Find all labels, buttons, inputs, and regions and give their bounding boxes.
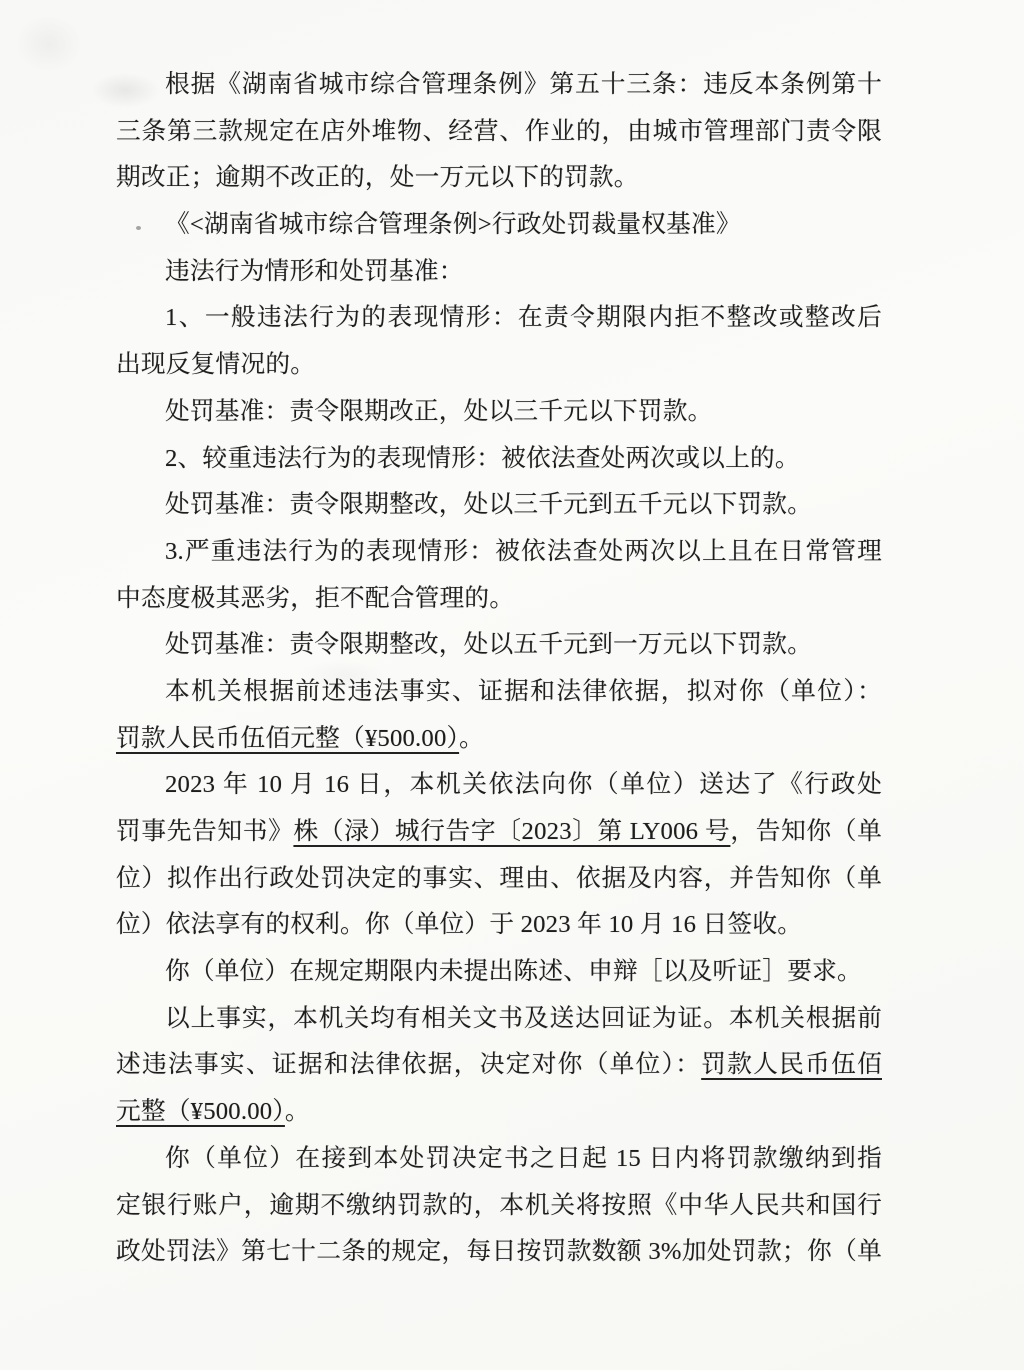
- text-line: 1、一般违法行为的表现情形：在责令期限内拒不整改或整改后: [116, 295, 882, 342]
- text-line: 罚款人民币伍佰元整（¥500.00）。: [116, 716, 882, 763]
- text-line: 期改正；逾期不改正的，处一万元以下的罚款。: [116, 155, 882, 202]
- text-run: 述违法事实、证据和法律依据，决定对你（单位）：: [116, 1051, 701, 1078]
- text-line: 你（单位）在接到本处罚决定书之日起 15 日内将罚款缴纳到指: [116, 1136, 882, 1183]
- text-line: 处罚基准：责令限期改正，处以三千元以下罚款。: [116, 389, 882, 436]
- text-line: 处罚基准：责令限期整改，处以三千元到五千元以下罚款。: [116, 482, 882, 529]
- scan-smudge: [14, 14, 84, 74]
- underlined-text: 罚款人民币伍佰元整（¥500.00）: [116, 725, 459, 752]
- text-line: 罚事先告知书》株（渌）城行告字〔2023〕第 LY006 号，告知你（单: [116, 809, 882, 856]
- text-run: 出现反复情况的。: [116, 351, 315, 378]
- text-run: 三条第三款规定在店外堆物、经营、作业的，由城市管理部门责令限: [116, 118, 882, 145]
- text-line: 位）依法享有的权利。你（单位）于 2023 年 10 月 16 日签收。: [116, 902, 882, 949]
- text-run: 处罚基准：责令限期整改，处以五千元到一万元以下罚款。: [165, 631, 812, 658]
- text-run: 政处罚法》第七十二条的规定，每日按罚款数额 3%加处罚款；你（单: [116, 1238, 882, 1265]
- text-run: 。: [459, 725, 484, 752]
- text-run: 罚事先告知书》: [116, 818, 293, 845]
- text-run: 2023 年 10 月 16 日，本机关依法向你（单位）送达了《行政处: [165, 771, 882, 798]
- text-run: 2、较重违法行为的表现情形：被依法查处两次或以上的。: [165, 445, 800, 472]
- text-line: 政处罚法》第七十二条的规定，每日按罚款数额 3%加处罚款；你（单: [116, 1229, 882, 1276]
- text-line: 《<湖南省城市综合管理条例>行政处罚裁量权基准》: [116, 202, 882, 249]
- text-line: 你（单位）在规定期限内未提出陈述、申辩［以及听证］要求。: [116, 949, 882, 996]
- text-run: 本机关根据前述违法事实、证据和法律依据，拟对你（单位）：: [165, 678, 882, 705]
- text-run: ，告知你（单: [730, 818, 882, 845]
- text-run: 你（单位）在规定期限内未提出陈述、申辩［以及听证］要求。: [165, 958, 862, 985]
- text-run: 位）依法享有的权利。你（单位）于 2023 年 10 月 16 日签收。: [116, 911, 802, 938]
- text-run: 中态度极其恶劣，拒不配合管理的。: [116, 585, 514, 612]
- document-page: 根据《湖南省城市综合管理条例》第五十三条：违反本条例第十三条第三款规定在店外堆物…: [0, 0, 1024, 1370]
- text-run: 处罚基准：责令限期改正，处以三千元以下罚款。: [165, 398, 713, 425]
- text-line: 根据《湖南省城市综合管理条例》第五十三条：违反本条例第十: [116, 62, 882, 109]
- text-line: 中态度极其恶劣，拒不配合管理的。: [116, 576, 882, 623]
- text-line: 3.严重违法行为的表现情形：被依法查处两次以上且在日常管理: [116, 529, 882, 576]
- text-run: 处罚基准：责令限期整改，处以三千元到五千元以下罚款。: [165, 491, 812, 518]
- text-line: 述违法事实、证据和法律依据，决定对你（单位）：罚款人民币伍佰: [116, 1042, 882, 1089]
- text-run: 根据《湖南省城市综合管理条例》第五十三条：违反本条例第十: [165, 71, 882, 98]
- text-run: 你（单位）在接到本处罚决定书之日起 15 日内将罚款缴纳到指: [165, 1145, 882, 1172]
- text-line: 元整（¥500.00）。: [116, 1089, 882, 1136]
- text-line: 以上事实，本机关均有相关文书及送达回证为证。本机关根据前: [116, 996, 882, 1043]
- underlined-text: 株（渌）城行告字〔2023〕第 LY006 号: [293, 818, 730, 845]
- text-run: 以上事实，本机关均有相关文书及送达回证为证。本机关根据前: [165, 1005, 882, 1032]
- text-line: 2023 年 10 月 16 日，本机关依法向你（单位）送达了《行政处: [116, 762, 882, 809]
- text-line: 本机关根据前述违法事实、证据和法律依据，拟对你（单位）：: [116, 669, 882, 716]
- text-line: 2、较重违法行为的表现情形：被依法查处两次或以上的。: [116, 436, 882, 483]
- text-run: 违法行为情形和处罚基准：: [165, 258, 464, 285]
- text-line: 出现反复情况的。: [116, 342, 882, 389]
- text-run: 3.严重违法行为的表现情形：被依法查处两次以上且在日常管理: [165, 538, 882, 565]
- text-line: 位）拟作出行政处罚决定的事实、理由、依据及内容，并告知你（单: [116, 856, 882, 903]
- text-line: 违法行为情形和处罚基准：: [116, 249, 882, 296]
- text-run: 《<湖南省城市综合管理条例>行政处罚裁量权基准》: [165, 211, 741, 238]
- text-line: 处罚基准：责令限期整改，处以五千元到一万元以下罚款。: [116, 622, 882, 669]
- text-run: 期改正；逾期不改正的，处一万元以下的罚款。: [116, 164, 639, 191]
- text-line: 定银行账户，逾期不缴纳罚款的，本机关将按照《中华人民共和国行: [116, 1183, 882, 1230]
- text-block: 根据《湖南省城市综合管理条例》第五十三条：违反本条例第十三条第三款规定在店外堆物…: [116, 62, 882, 1276]
- text-run: 1、一般违法行为的表现情形：在责令期限内拒不整改或整改后: [165, 304, 882, 331]
- text-run: 。: [285, 1098, 310, 1125]
- underlined-text: 元整（¥500.00）: [116, 1098, 285, 1125]
- text-line: 三条第三款规定在店外堆物、经营、作业的，由城市管理部门责令限: [116, 109, 882, 156]
- text-run: 定银行账户，逾期不缴纳罚款的，本机关将按照《中华人民共和国行: [116, 1192, 882, 1219]
- underlined-text: 罚款人民币伍佰: [701, 1051, 882, 1078]
- text-run: 位）拟作出行政处罚决定的事实、理由、依据及内容，并告知你（单: [116, 865, 882, 892]
